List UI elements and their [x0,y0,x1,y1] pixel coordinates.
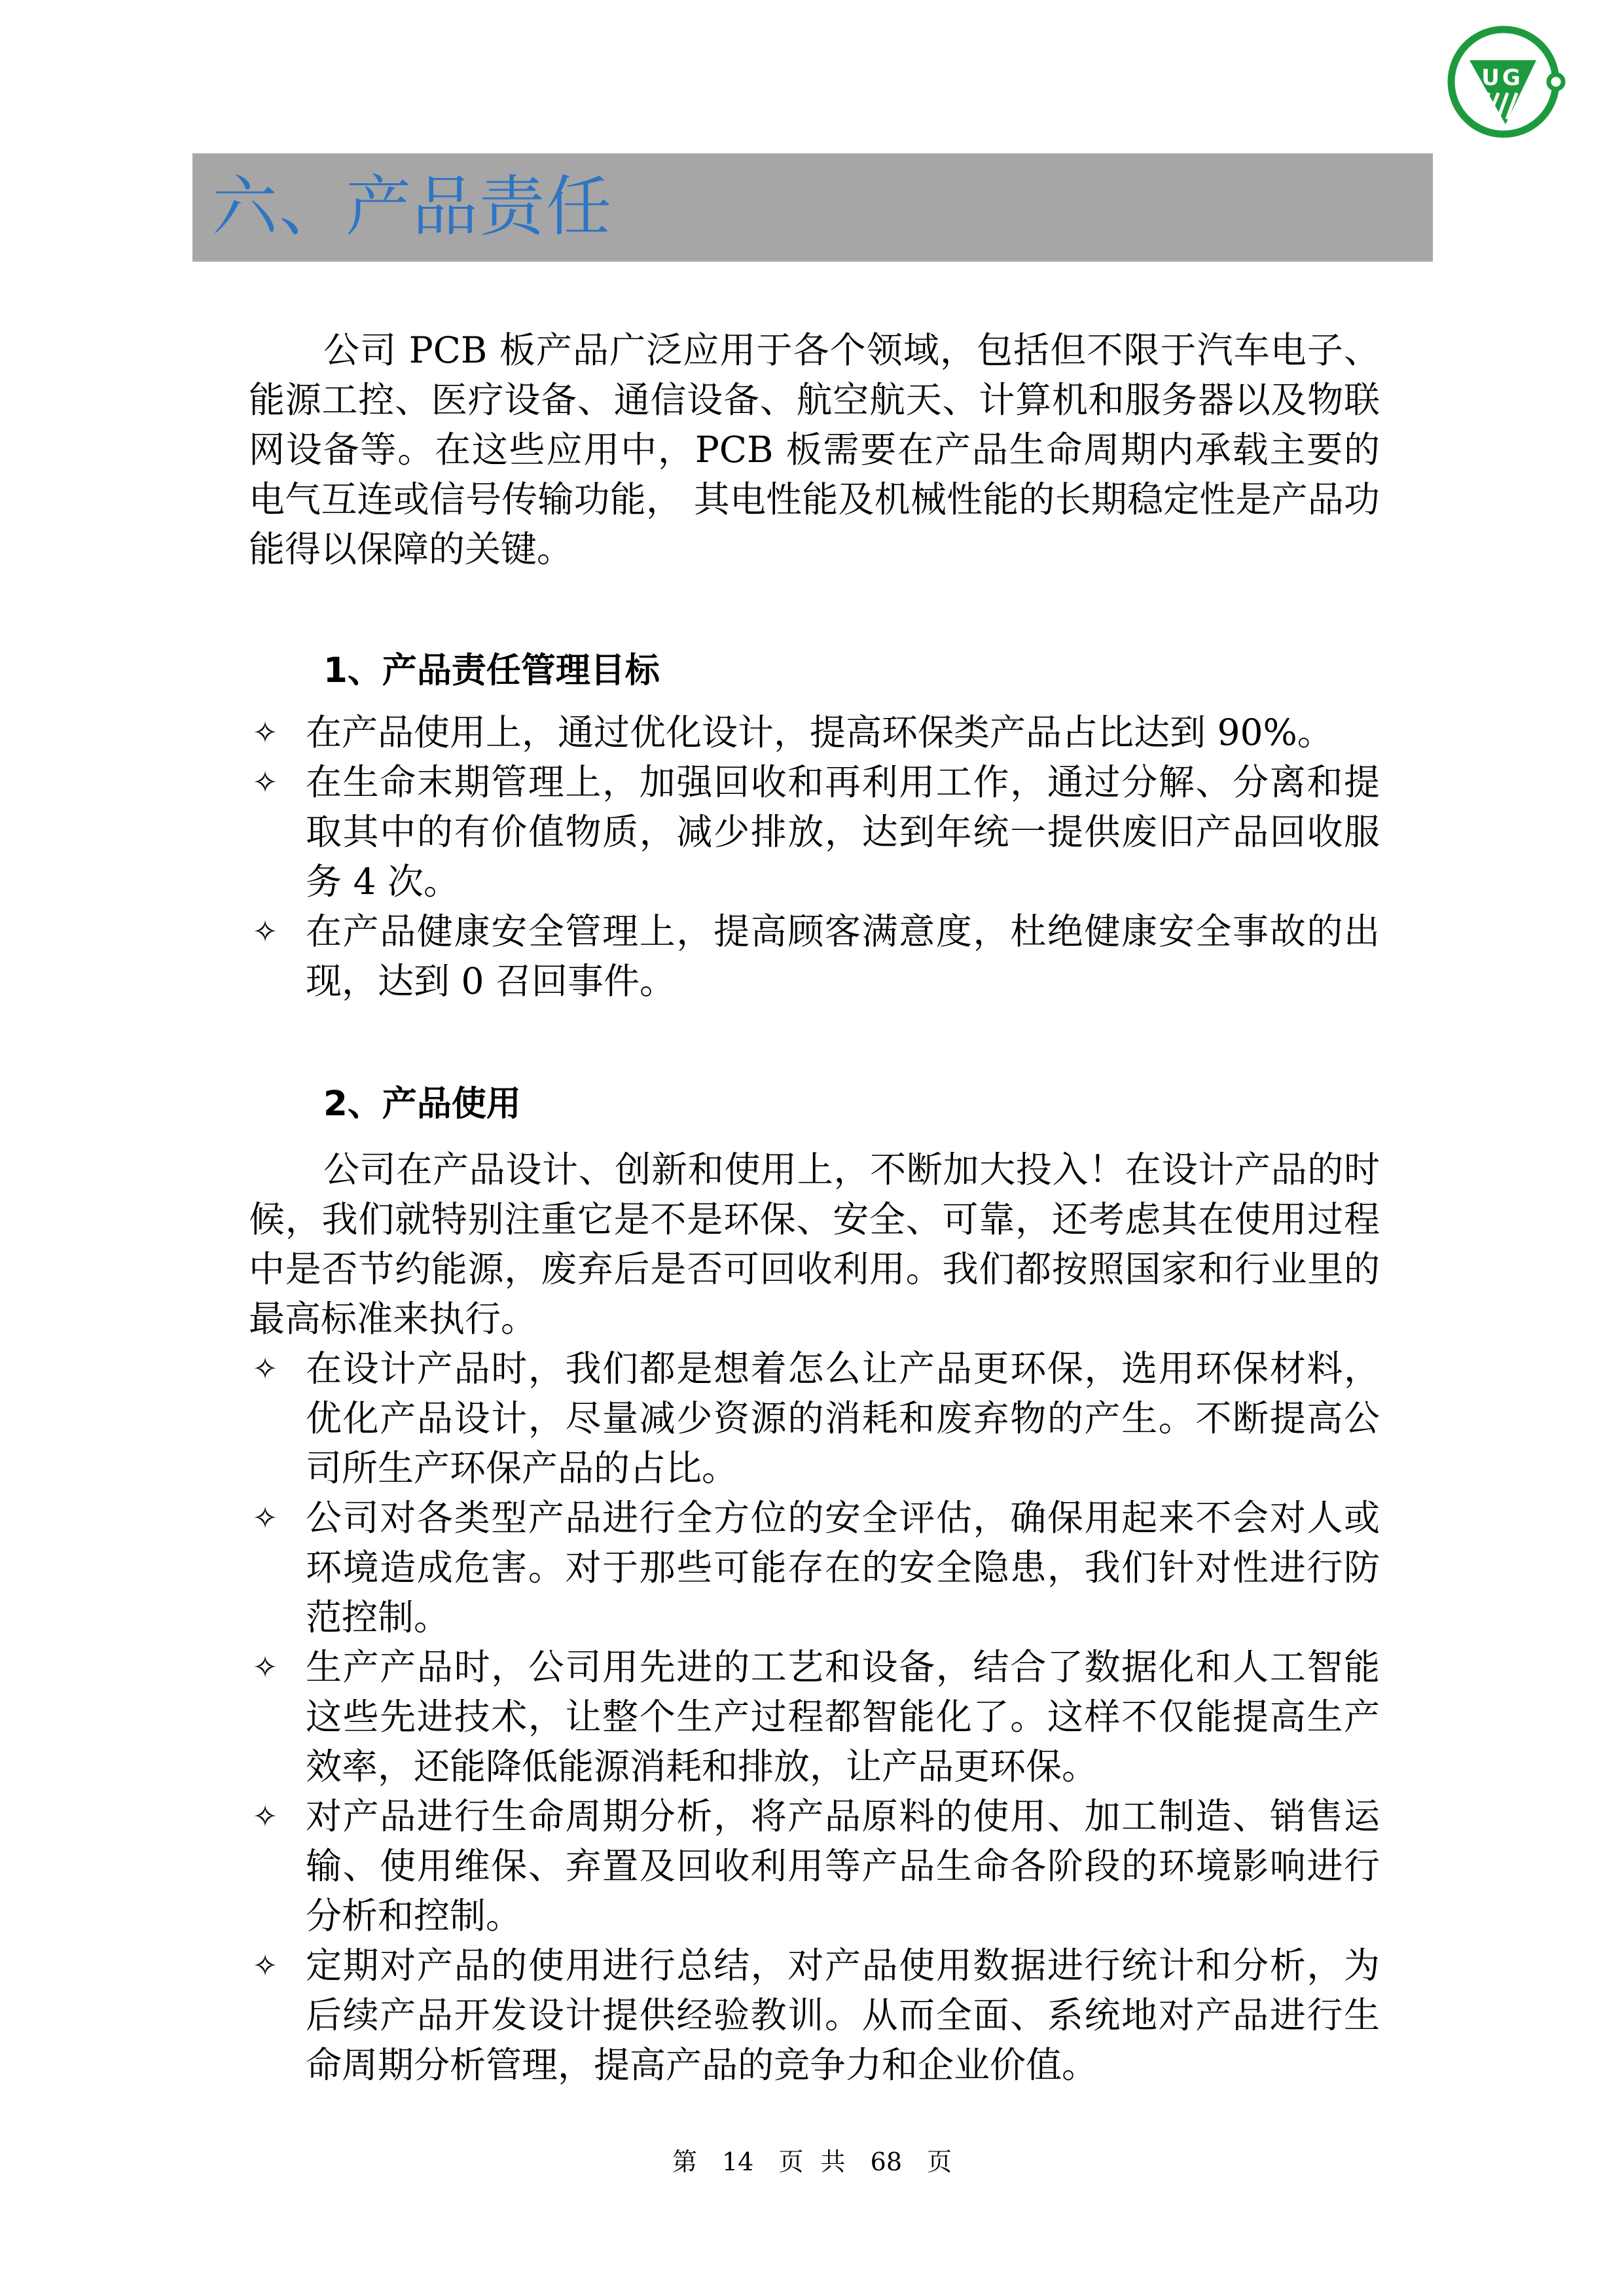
footer-suffix: 页 [927,2147,952,2176]
list-item: ✧ 在设计产品时，我们都是想着怎么让产品更环保，选用环保材料，优化产品设计，尽量… [249,1344,1380,1493]
intro-paragraph: 公司 PCB 板产品广泛应用于各个领域，包括但不限于汽车电子、能源工控、医疗设备… [249,325,1380,574]
page-number-footer: 第 14 页 共 68 页 [0,2145,1624,2178]
four-point-star-bullet-icon: ✧ [249,1493,281,1543]
goals-list: ✧ 在产品使用上，通过优化设计，提高环保类产品占比达到 90%。 ✧ 在生命末期… [249,708,1380,1006]
list-item: ✧ 在产品健康安全管理上，提高顾客满意度，杜绝健康安全事故的出现，达到 0 召回… [249,906,1380,1006]
list-item-text: 在产品使用上，通过优化设计，提高环保类产品占比达到 90%。 [306,711,1333,753]
list-item-text: 对产品进行生命周期分析，将产品原料的使用、加工制造、销售运输、使用维保、弃置及回… [306,1795,1380,1937]
four-point-star-bullet-icon: ✧ [249,1941,281,1990]
current-page-number: 14 [722,2147,753,2176]
list-item: ✧ 在生命末期管理上，加强回收和再利用工作，通过分解、分离和提取其中的有价值物质… [249,757,1380,906]
list-item: ✧ 定期对产品的使用进行总结，对产品使用数据进行统计和分析，为后续产品开发设计提… [249,1941,1380,2090]
list-item-text: 公司对各类型产品进行全方位的安全评估，确保用起来不会对人或环境造成危害。对于那些… [306,1497,1380,1638]
four-point-star-bullet-icon: ✧ [249,757,281,807]
list-item-text: 定期对产品的使用进行总结，对产品使用数据进行统计和分析，为后续产品开发设计提供经… [306,1945,1380,2086]
section-heading-product-use: 2、产品使用 [249,1079,1380,1129]
total-page-count: 68 [871,2147,902,2176]
product-use-list: ✧ 在设计产品时，我们都是想着怎么让产品更环保，选用环保材料，优化产品设计，尽量… [249,1344,1380,2090]
ug-logo-icon: UG [1443,20,1568,144]
list-item: ✧ 对产品进行生命周期分析，将产品原料的使用、加工制造、销售运输、使用维保、弃置… [249,1791,1380,1941]
section-title-bar: 六、产品责任 [192,153,1433,262]
list-item-text: 在产品健康安全管理上，提高顾客满意度，杜绝健康安全事故的出现，达到 0 召回事件… [306,910,1380,1002]
list-item-text: 在设计产品时，我们都是想着怎么让产品更环保，选用环保材料，优化产品设计，尽量减少… [306,1348,1380,1489]
product-use-paragraph: 公司在产品设计、创新和使用上，不断加大投入！在设计产品的时候，我们就特别注重它是… [249,1145,1380,1344]
four-point-star-bullet-icon: ✧ [249,906,281,956]
four-point-star-bullet-icon: ✧ [249,1344,281,1393]
list-item: ✧ 公司对各类型产品进行全方位的安全评估，确保用起来不会对人或环境造成危害。对于… [249,1493,1380,1642]
section-heading-management-goals: 1、产品责任管理目标 [249,646,1380,696]
footer-prefix: 第 [672,2147,697,2176]
list-item: ✧ 生产产品时，公司用先进的工艺和设备，结合了数据化和人工智能这些先进技术，让整… [249,1642,1380,1791]
document-body: 公司 PCB 板产品广泛应用于各个领域，包括但不限于汽车电子、能源工控、医疗设备… [249,325,1380,2090]
four-point-star-bullet-icon: ✧ [249,708,281,757]
list-item-text: 在生命末期管理上，加强回收和再利用工作，通过分解、分离和提取其中的有价值物质，减… [306,761,1380,903]
svg-text:UG: UG [1481,65,1523,91]
four-point-star-bullet-icon: ✧ [249,1642,281,1692]
list-item: ✧ 在产品使用上，通过优化设计，提高环保类产品占比达到 90%。 [249,708,1380,757]
footer-mid: 页 共 [778,2147,845,2176]
page-title: 六、产品责任 [212,168,613,246]
four-point-star-bullet-icon: ✧ [249,1791,281,1841]
list-item-text: 生产产品时，公司用先进的工艺和设备，结合了数据化和人工智能这些先进技术，让整个生… [306,1646,1380,1787]
